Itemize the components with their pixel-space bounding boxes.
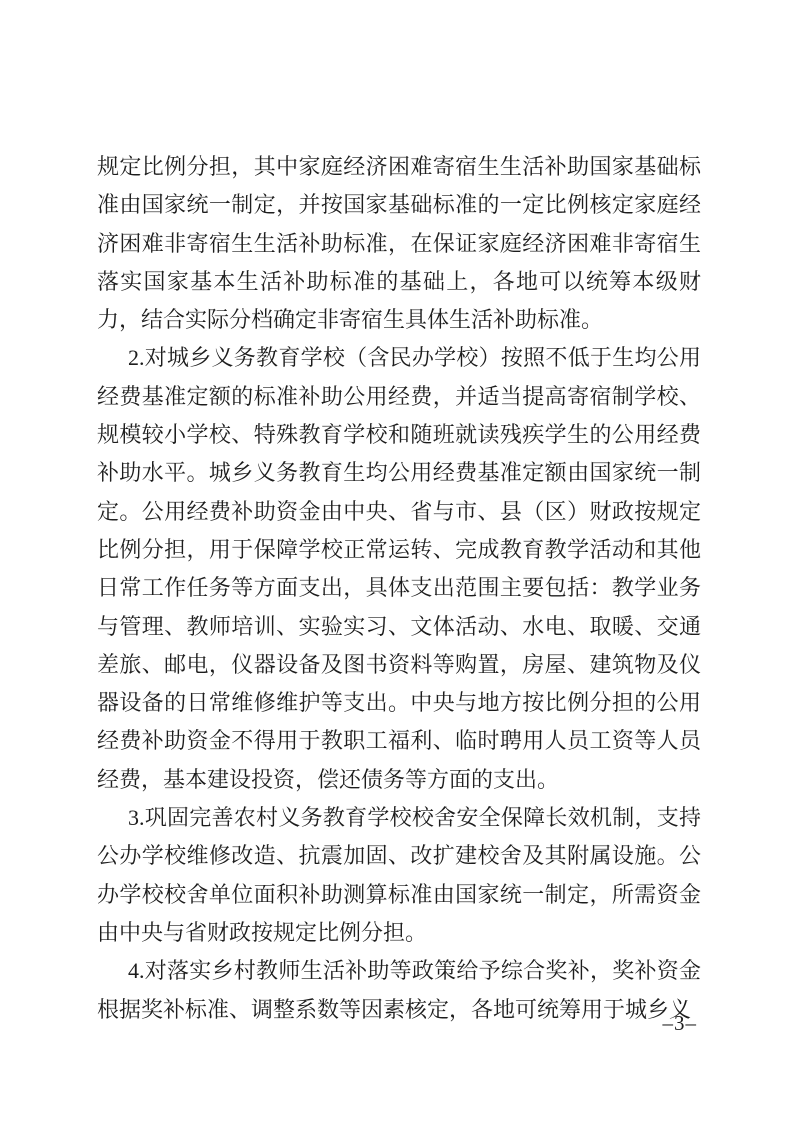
paragraph-1: 规定比例分担，其中家庭经济困难寄宿生生活补助国家基础标准由国家统一制定，并按国家…	[97, 148, 701, 339]
document-text-block: 规定比例分担，其中家庭经济困难寄宿生生活补助国家基础标准由国家统一制定，并按国家…	[97, 148, 701, 1029]
paragraph-4: 4.对落实乡村教师生活补助等政策给予综合奖补，奖补资金根据奖补标准、调整系数等因…	[97, 952, 701, 1029]
paragraph-3: 3.巩固完善农村义务教育学校校舍安全保障长效机制，支持公办学校维修改造、抗震加固…	[97, 799, 701, 952]
paragraph-2: 2.对城乡义务教育学校（含民办学校）按照不低于生均公用经费基准定额的标准补助公用…	[97, 339, 701, 799]
page-number: –3–	[663, 1011, 698, 1035]
document-page: 规定比例分担，其中家庭经济困难寄宿生生活补助国家基础标准由国家统一制定，并按国家…	[0, 0, 793, 1122]
